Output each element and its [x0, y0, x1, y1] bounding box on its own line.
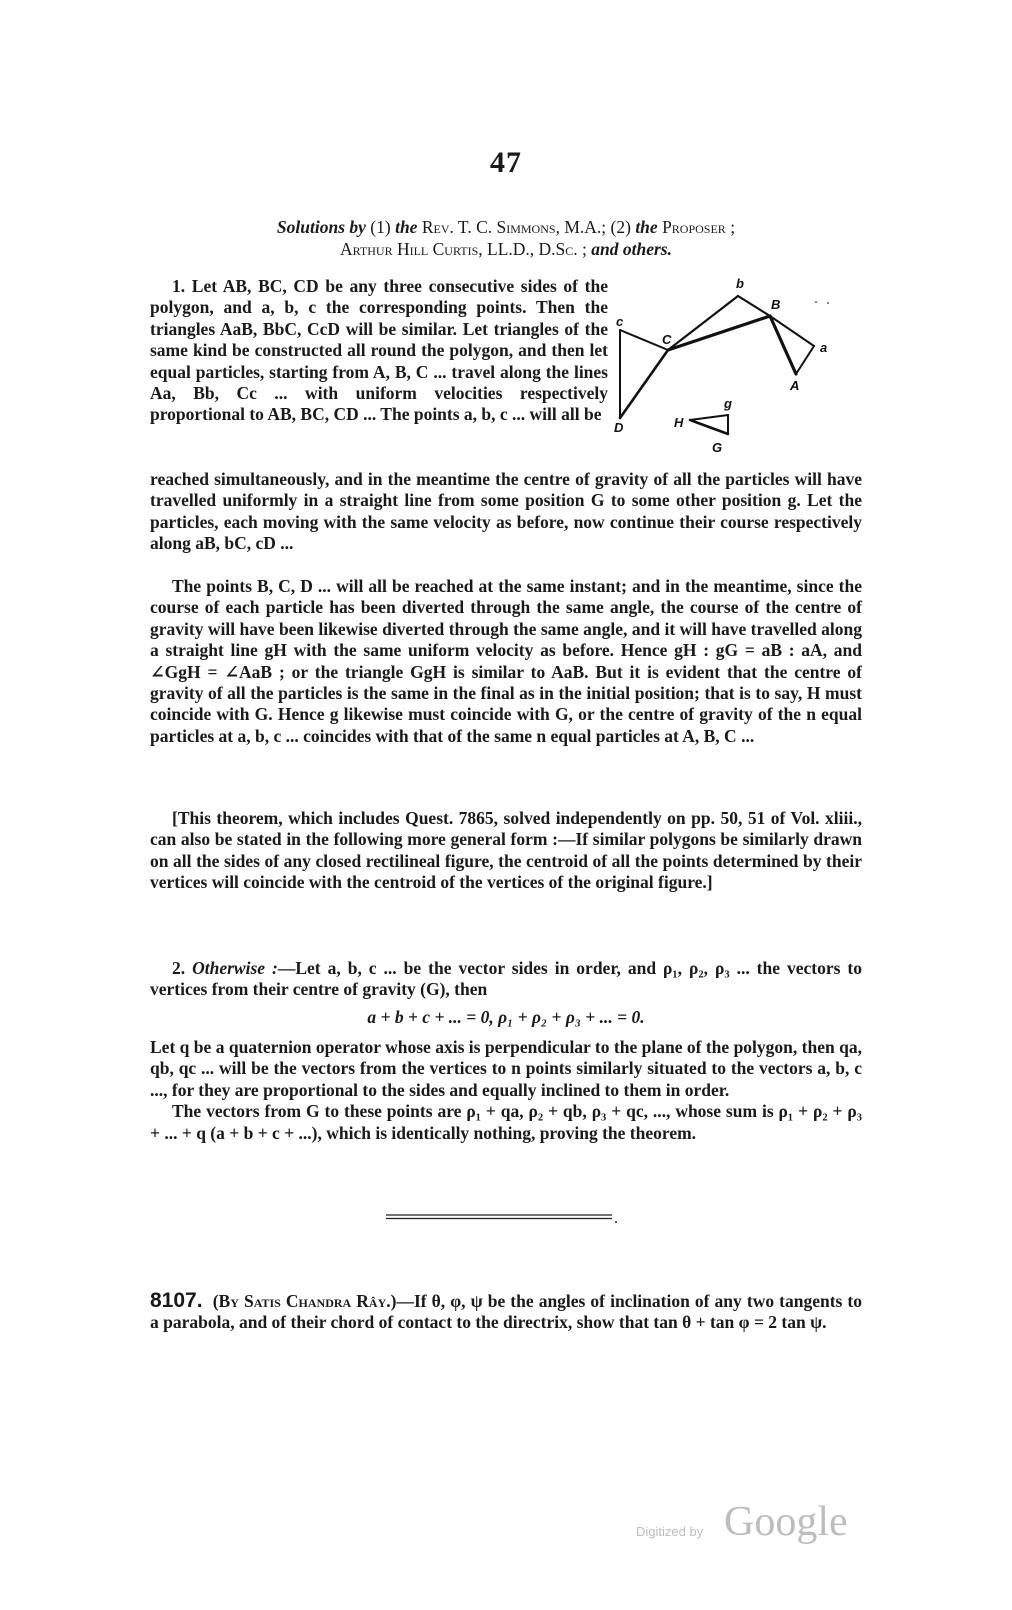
svg-text:C: C	[662, 332, 672, 347]
credits-line-2: Arthur Hill Curtis, LL.D., D.Sc. ; and o…	[150, 238, 862, 260]
svg-text:a: a	[820, 340, 827, 355]
page-number: 47	[0, 146, 1012, 180]
svg-text:b: b	[736, 276, 744, 291]
google-logo: Google	[724, 1498, 848, 1546]
solution-1-paragraph-2: The points B, C, D ... will all be reach…	[150, 576, 862, 747]
solution-credits: Solutions by (1) the Rev. T. C. Simmons,…	[150, 216, 862, 260]
svg-text:B: B	[771, 297, 780, 312]
section-divider	[386, 1210, 618, 1224]
question-author: (By Satis Chandra Rây.)	[213, 1291, 397, 1311]
figure-labels: b B c C a A D H g G	[614, 276, 829, 455]
svg-text:g: g	[723, 396, 732, 411]
question-number: 8107.	[150, 1289, 203, 1312]
solution-1-paragraph-1: 1. Let AB, BC, CD be any three consecuti…	[150, 276, 608, 426]
credits-prefix: Solutions by	[277, 217, 366, 237]
solution-2: 2. Otherwise :—Let a, b, c ... be the ve…	[150, 958, 862, 1032]
question-8107: 8107. (By Satis Chandra Rây.)—If θ, φ, ψ…	[150, 1290, 862, 1334]
polygon-figure: b B c C a A D H g G	[610, 270, 860, 460]
solution-2-continued: Let q be a quaternion operator whose axi…	[150, 1037, 862, 1144]
digitized-by-google-watermark: Digitized by Google	[636, 1500, 846, 1550]
credits-suffix: and others.	[591, 239, 672, 259]
svg-text:H: H	[674, 415, 684, 430]
svg-text:A: A	[789, 378, 799, 393]
solver-simmons: Rev. T. C. Simmons, M.A.	[422, 217, 601, 237]
equation-sum-zero: a + b + c + ... = 0, ρ₁ + ρ₂ + ρ₃ + ... …	[150, 1007, 862, 1028]
solution-1-paragraph-1-continued: reached simultaneously, and in the meant…	[150, 469, 862, 555]
svg-text:c: c	[616, 314, 624, 329]
credits-line-1: Solutions by (1) the Rev. T. C. Simmons,…	[150, 216, 862, 238]
solver-curtis: Arthur Hill Curtis, LL.D., D.Sc.	[340, 239, 578, 259]
solution-1-editorial-note: [This theorem, which includes Quest. 786…	[150, 808, 862, 894]
otherwise-label: Otherwise :	[192, 958, 278, 978]
svg-text:D: D	[614, 420, 624, 435]
svg-text:G: G	[712, 440, 722, 455]
solver-proposer: Proposer	[662, 217, 726, 237]
